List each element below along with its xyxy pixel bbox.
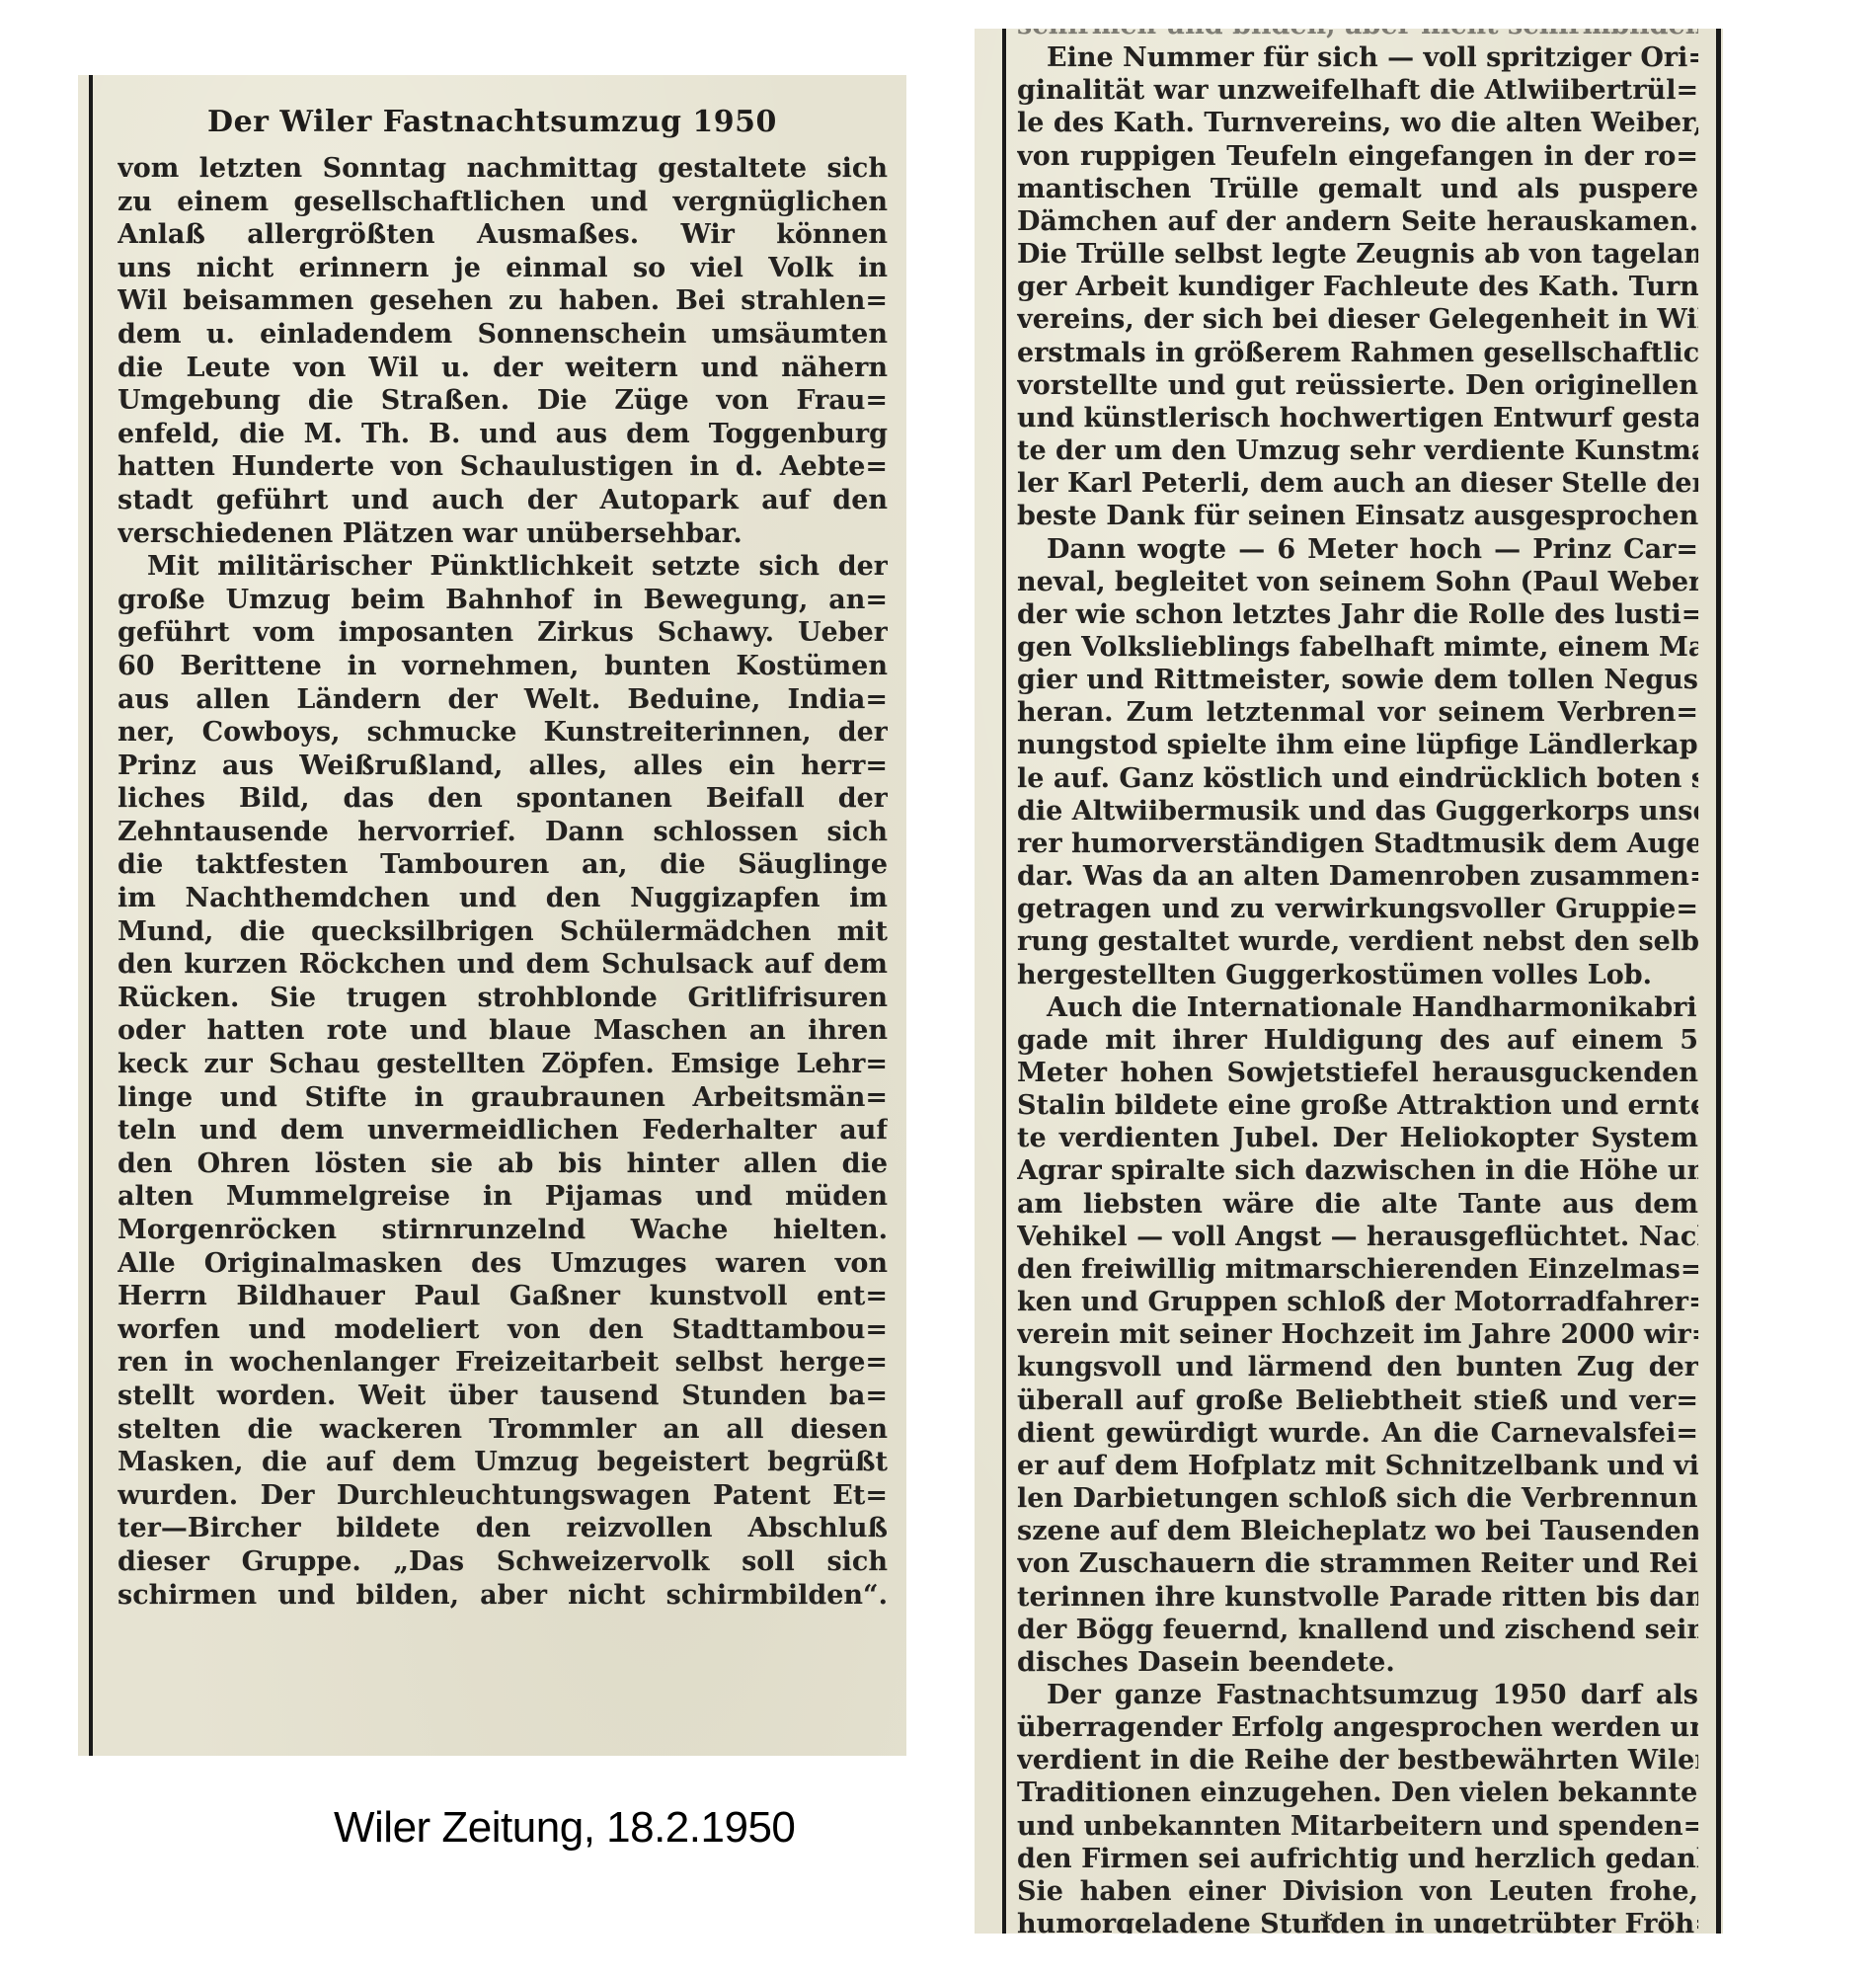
text-line: 60 Berittene in vornehmen, bunten Kostüm… xyxy=(117,650,888,683)
text-line: dient gewürdigt wurde. An die Carnevalsf… xyxy=(1017,1417,1698,1450)
text-line: ginalität war unzweifelhaft die Atlwiibe… xyxy=(1017,74,1698,107)
text-line: Meter hohen Sowjetstiefel herausguckende… xyxy=(1017,1057,1698,1089)
text-line: aus allen Ländern der Welt. Beduine, Ind… xyxy=(117,683,888,717)
text-line: te der um den Umzug sehr verdiente Kunst… xyxy=(1017,434,1698,467)
text-line: Der ganze Fastnachtsumzug 1950 darf als xyxy=(1017,1679,1698,1711)
text-line: von ruppigen Teufeln eingefangen in der … xyxy=(1017,140,1698,173)
text-line: die taktfesten Tambouren an, die Säuglin… xyxy=(117,848,888,882)
text-line: mantischen Trülle gemalt und als puspere xyxy=(1017,173,1698,205)
text-line: geführt vom imposanten Zirkus Schawy. Ue… xyxy=(117,616,888,650)
text-line: dieser Gruppe. „Das Schweizervolk soll s… xyxy=(117,1545,888,1579)
text-line: Mit militärischer Pünktlichkeit setzte s… xyxy=(117,550,888,584)
text-line: von Zuschauern die strammen Reiter und R… xyxy=(1017,1547,1698,1580)
text-line: vorstellte und gut reüssierte. Den origi… xyxy=(1017,369,1698,402)
text-line: kungsvoll und lärmend den bunten Zug der xyxy=(1017,1351,1698,1383)
text-line: Anlaß allergrößten Ausmaßes. Wir können xyxy=(117,218,888,252)
text-line: wurden. Der Durchleuchtungswagen Patent … xyxy=(117,1479,888,1513)
newspaper-clipping-left: Der Wiler Fastnachtsumzug 1950 vom letzt… xyxy=(78,75,906,1756)
text-line: Masken, die auf dem Umzug begeistert beg… xyxy=(117,1446,888,1479)
text-line: worfen und modeliert von den Stadttambou… xyxy=(117,1313,888,1347)
text-line: Stalin bildete eine große Attraktion und… xyxy=(1017,1089,1698,1122)
text-line: Alle Originalmasken des Umzuges waren vo… xyxy=(117,1247,888,1281)
text-line: und unbekannten Mitarbeitern und spenden… xyxy=(1017,1810,1698,1843)
text-line: neval, begleitet von seinem Sohn (Paul W… xyxy=(1017,566,1698,598)
text-line: verein mit seiner Hochzeit im Jahre 2000… xyxy=(1017,1318,1698,1351)
text-line: teln und dem unvermeidlichen Federhalter… xyxy=(117,1114,888,1147)
text-line: gier und Rittmeister, sowie dem tollen N… xyxy=(1017,664,1698,696)
text-line: Vehikel — voll Angst — herausgeflüchtet.… xyxy=(1017,1221,1698,1253)
text-line: uns nicht erinnern je einmal so viel Vol… xyxy=(117,252,888,285)
text-line: dar. Was da an alten Damenroben zusammen… xyxy=(1017,860,1698,893)
text-line: Morgenröcken stirnrunzelnd Wache hielten… xyxy=(117,1214,888,1247)
end-mark: * xyxy=(1320,1908,1333,1934)
text-line: enfeld, die M. Th. B. und aus dem Toggen… xyxy=(117,418,888,451)
text-line: disches Dasein beendete. xyxy=(1017,1646,1698,1679)
article-title: Der Wiler Fastnachtsumzug 1950 xyxy=(78,105,906,139)
text-line: den kurzen Röckchen und dem Schulsack au… xyxy=(117,948,888,982)
text-line: überall auf große Beliebtheit stieß und … xyxy=(1017,1384,1698,1417)
article-column-right: schirmen und bilden, aber nicht schirmbi… xyxy=(1017,29,1698,1934)
source-caption: Wiler Zeitung, 18.2.1950 xyxy=(334,1803,795,1853)
text-line: er auf dem Hofplatz mit Schnitzelbank un… xyxy=(1017,1450,1698,1482)
text-line: Umgebung die Straßen. Die Züge von Frau= xyxy=(117,384,888,418)
text-line: ger Arbeit kundiger Fachleute des Kath. … xyxy=(1017,271,1698,303)
column-rule-left xyxy=(1002,29,1006,1934)
text-line: ner, Cowboys, schmucke Kunstreiterinnen,… xyxy=(117,716,888,750)
text-line: le des Kath. Turnvereins, wo die alten W… xyxy=(1017,107,1698,139)
text-line: te verdienten Jubel. Der Heliokopter Sys… xyxy=(1017,1122,1698,1154)
text-line: der wie schon letztes Jahr die Rolle des… xyxy=(1017,598,1698,631)
text-line: Rücken. Sie trugen strohblonde Gritlifri… xyxy=(117,982,888,1015)
text-line: Traditionen einzugehen. Den vielen bekan… xyxy=(1017,1777,1698,1809)
text-line: humorgeladene Stunden in ungetrübter Frö… xyxy=(1017,1908,1698,1934)
text-line: Wil beisammen gesehen zu haben. Bei stra… xyxy=(117,284,888,318)
text-line: Mund, die quecksilbrigen Schülermädchen … xyxy=(117,915,888,949)
text-line: ken und Gruppen schloß der Motorradfahre… xyxy=(1017,1286,1698,1318)
text-line: gade mit ihrer Huldigung des auf einem 5 xyxy=(1017,1024,1698,1057)
text-line: den freiwillig mitmarschierenden Einzelm… xyxy=(1017,1253,1698,1286)
text-line: Herrn Bildhauer Paul Gaßner kunstvoll en… xyxy=(117,1280,888,1313)
text-line: rung gestaltet wurde, verdient nebst den… xyxy=(1017,925,1698,958)
text-line: im Nachthemdchen und den Nuggizapfen im xyxy=(117,882,888,915)
text-line: stadt geführt und auch der Autopark auf … xyxy=(117,484,888,517)
text-line: hergestellten Guggerkostümen volles Lob. xyxy=(1017,959,1698,991)
text-line: keck zur Schau gestellten Zöpfen. Emsige… xyxy=(117,1048,888,1081)
text-line: alten Mummelgreise in Pijamas und müden xyxy=(117,1180,888,1214)
newspaper-clipping-right: schirmen und bilden, aber nicht schirmbi… xyxy=(975,29,1723,1934)
text-line: erstmals in größerem Rahmen gesellschaft… xyxy=(1017,337,1698,369)
text-line: nungstod spielte ihm eine lüpfige Ländle… xyxy=(1017,729,1698,761)
text-line: Agrar spiralte sich dazwischen in die Hö… xyxy=(1017,1154,1698,1187)
text-line: oder hatten rote und blaue Maschen an ih… xyxy=(117,1014,888,1048)
text-line: liches Bild, das den spontanen Beifall d… xyxy=(117,782,888,816)
text-line: heran. Zum letztenmal vor seinem Verbren… xyxy=(1017,696,1698,729)
text-line: Dämchen auf der andern Seite herauskamen… xyxy=(1017,205,1698,238)
column-rule-right xyxy=(1716,29,1721,1934)
text-line: ter—Bircher bildete den reizvollen Absch… xyxy=(117,1512,888,1545)
text-line: beste Dank für seinen Einsatz ausgesproc… xyxy=(1017,500,1698,532)
text-line: linge und Stifte in graubraunen Arbeitsm… xyxy=(117,1081,888,1115)
text-line: den Ohren lösten sie ab bis hinter allen… xyxy=(117,1147,888,1181)
text-line: Die Trülle selbst legte Zeugnis ab von t… xyxy=(1017,238,1698,271)
text-line: den Firmen sei aufrichtig und herzlich g… xyxy=(1017,1843,1698,1875)
text-line: und künstlerisch hochwertigen Entwurf ge… xyxy=(1017,402,1698,434)
text-line: stellt worden. Weit über tausend Stunden… xyxy=(117,1380,888,1413)
text-line: am liebsten wäre die alte Tante aus dem xyxy=(1017,1188,1698,1221)
text-line: getragen und zu verwirkungsvoller Gruppi… xyxy=(1017,893,1698,925)
text-line: große Umzug beim Bahnhof in Bewegung, an… xyxy=(117,584,888,617)
article-column-left: vom letzten Sonntag nachmittag gestaltet… xyxy=(117,152,888,1612)
text-line: die Altwiibermusik und das Guggerkorps u… xyxy=(1017,795,1698,828)
text-line: verschiedenen Plätzen war unübersehbar. xyxy=(117,517,888,551)
text-line: gen Volkslieblings fabelhaft mimte, eine… xyxy=(1017,631,1698,664)
text-line: vereins, der sich bei dieser Gelegenheit… xyxy=(1017,303,1698,336)
text-line: zu einem gesellschaftlichen und vergnügl… xyxy=(117,186,888,219)
text-line: Zehntausende hervorrief. Dann schlossen … xyxy=(117,816,888,849)
text-line: die Leute von Wil u. der weitern und näh… xyxy=(117,352,888,385)
text-line: überragender Erfolg angesprochen werden … xyxy=(1017,1711,1698,1744)
text-line: Dann wogte — 6 Meter hoch — Prinz Car= xyxy=(1017,533,1698,566)
text-line: dem u. einladendem Sonnenschein umsäumte… xyxy=(117,318,888,352)
text-line: Prinz aus Weißrußland, alles, alles ein … xyxy=(117,750,888,783)
text-line: Sie haben einer Division von Leuten froh… xyxy=(1017,1875,1698,1908)
text-line: le auf. Ganz köstlich und eindrücklich b… xyxy=(1017,762,1698,795)
text-line: Eine Nummer für sich — voll spritziger O… xyxy=(1017,41,1698,74)
text-line: Auch die Internationale Handharmonikabri… xyxy=(1017,991,1698,1024)
text-line: hatten Hunderte von Schaulustigen in d. … xyxy=(117,450,888,484)
text-line: szene auf dem Bleicheplatz wo bei Tausen… xyxy=(1017,1515,1698,1547)
text-line: rer humorverständigen Stadtmusik dem Aug… xyxy=(1017,828,1698,860)
text-line: terinnen ihre kunstvolle Parade ritten b… xyxy=(1017,1581,1698,1614)
text-line: der Bögg feuernd, knallend und zischend … xyxy=(1017,1614,1698,1646)
text-line: schirmen und bilden, aber nicht schirmbi… xyxy=(117,1579,888,1613)
text-line: ren in wochenlanger Freizeitarbeit selbs… xyxy=(117,1346,888,1380)
text-line: ler Karl Peterli, dem auch an dieser Ste… xyxy=(1017,467,1698,500)
text-line: len Darbietungen schloß sich die Verbren… xyxy=(1017,1482,1698,1515)
text-line: verdient in die Reihe der bestbewährten … xyxy=(1017,1744,1698,1777)
text-line: vom letzten Sonntag nachmittag gestaltet… xyxy=(117,152,888,186)
text-line: stelten die wackeren Trommler an all die… xyxy=(117,1413,888,1447)
column-rule-left xyxy=(89,75,93,1756)
text-line: schirmen und bilden, aber nicht schirmbi… xyxy=(1017,29,1698,41)
